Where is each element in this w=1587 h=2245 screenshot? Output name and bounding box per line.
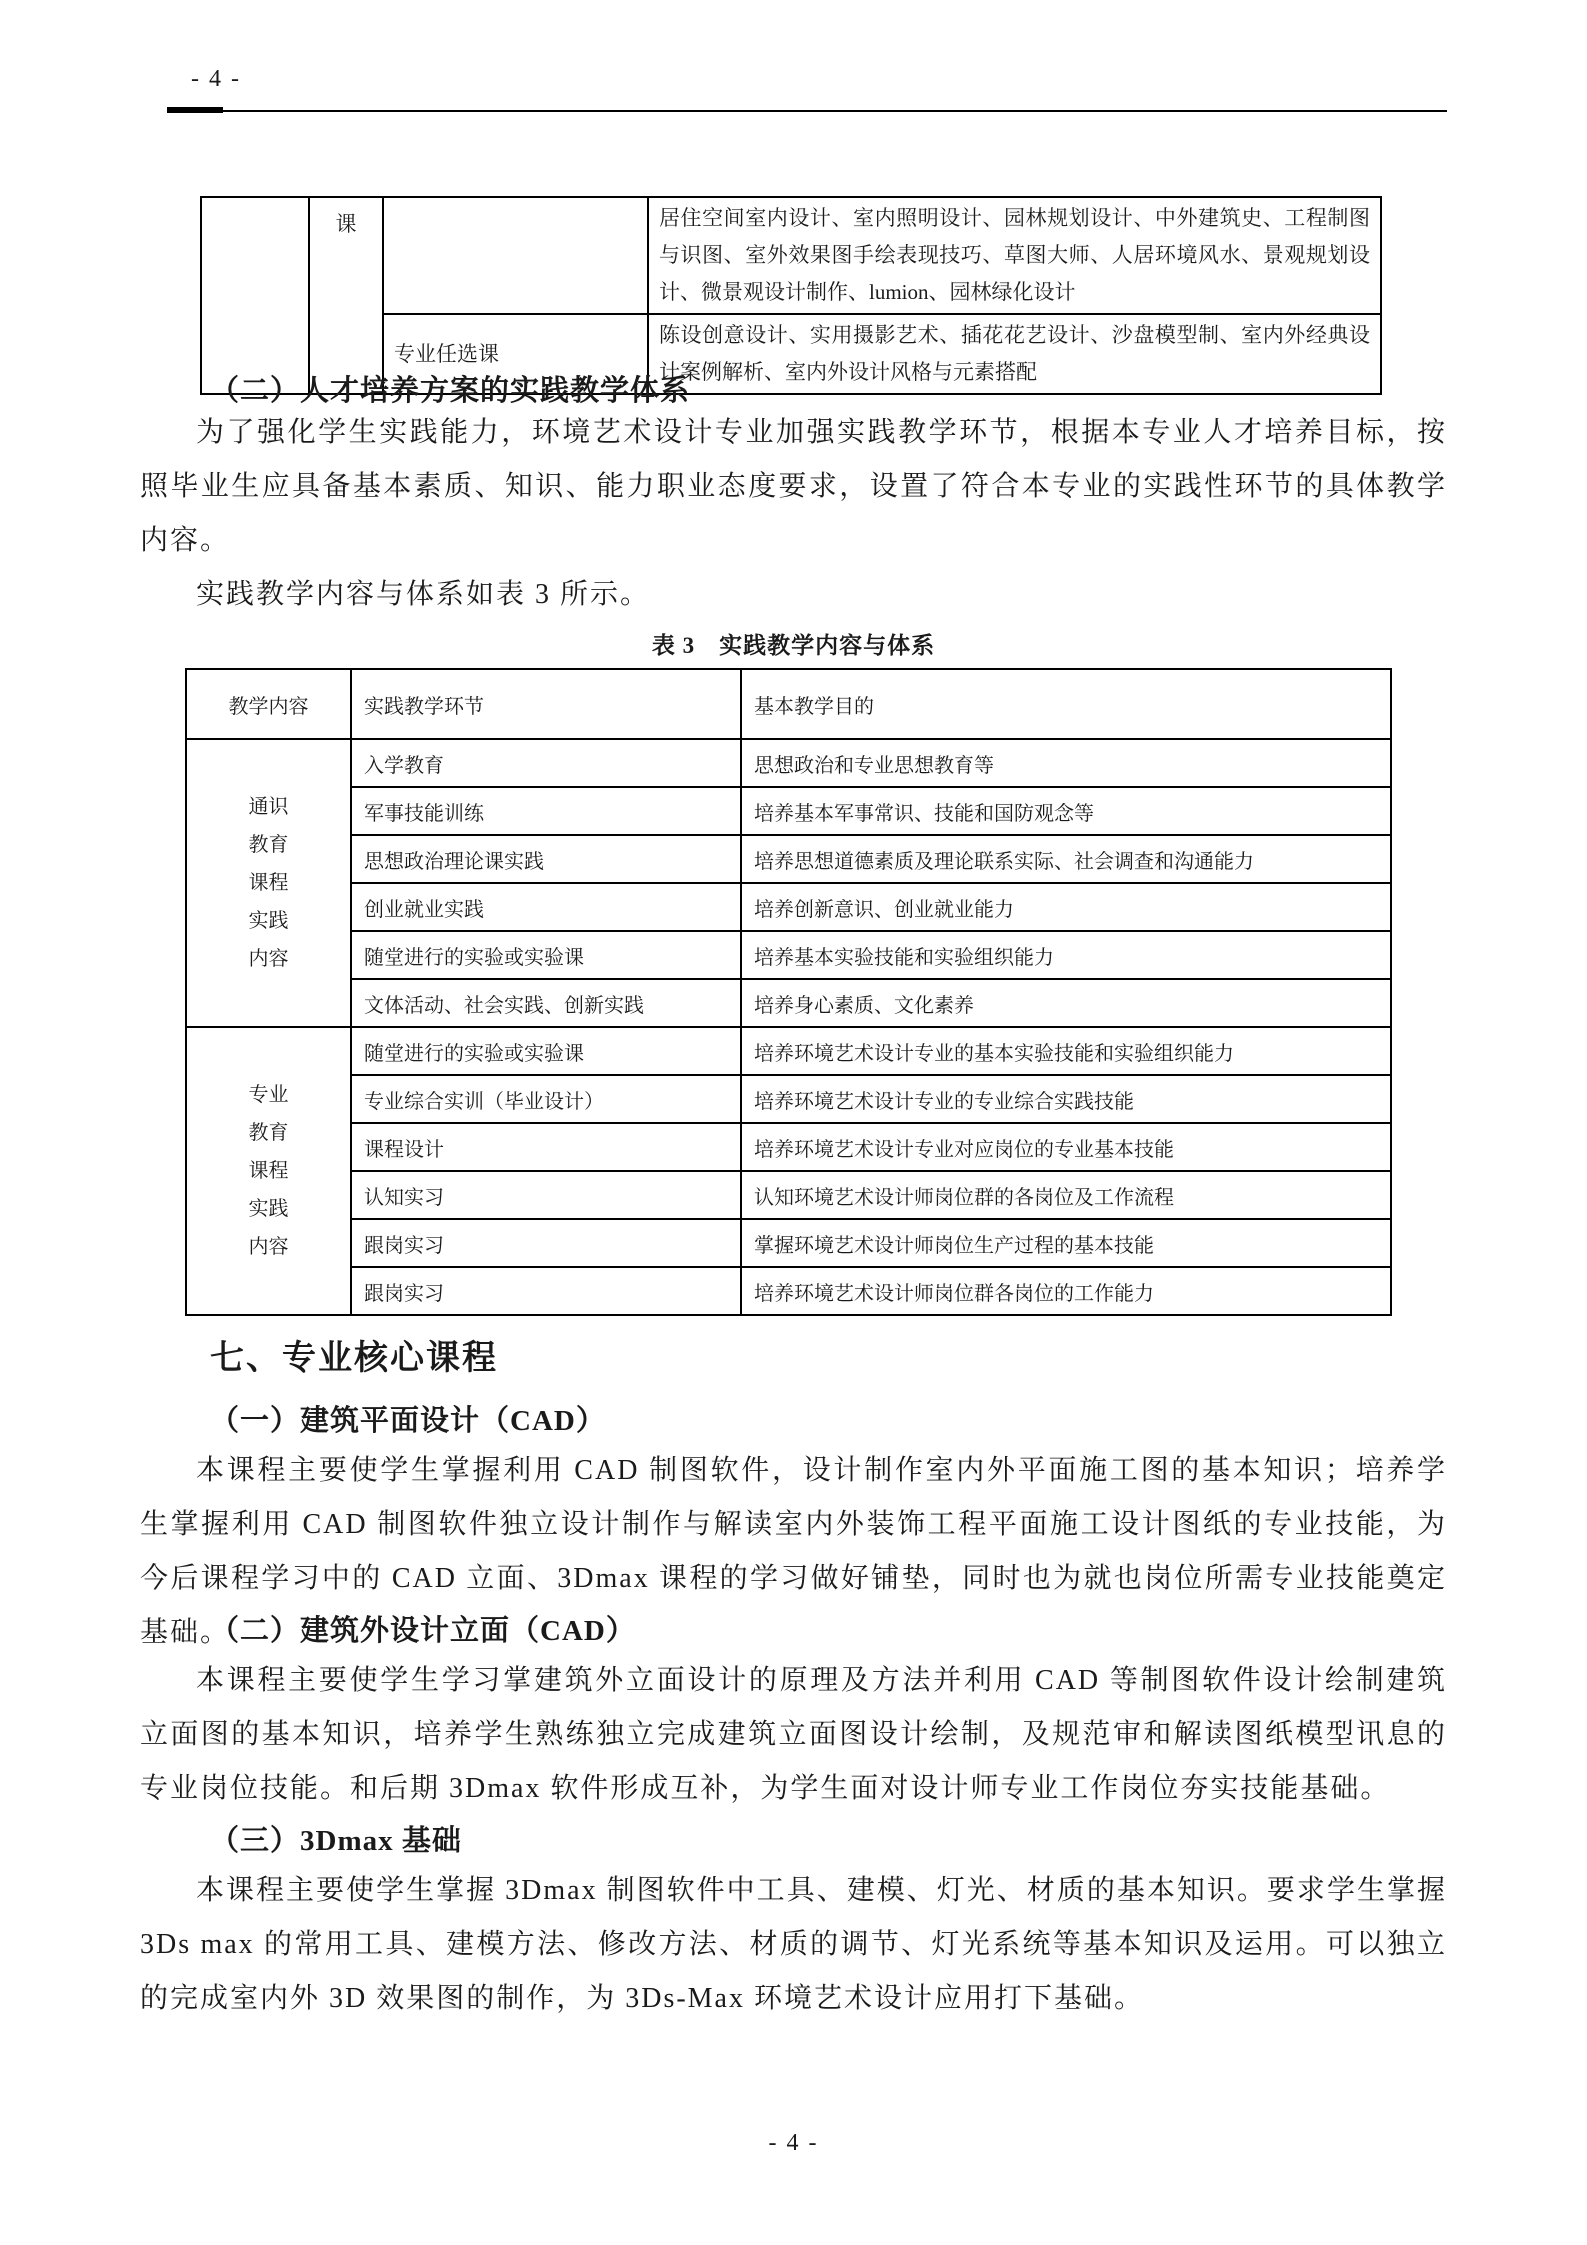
step-cell: 认知实习 <box>351 1171 741 1219</box>
step-cell: 思想政治理论课实践 <box>351 835 741 883</box>
table-caption: 表 3 实践教学内容与体系 <box>140 627 1447 660</box>
header-cell-goal: 基本教学目的 <box>741 669 1391 739</box>
step-cell: 入学教育 <box>351 739 741 787</box>
section-heading-practice-system: （二）人才培养方案的实践教学体系 <box>210 368 690 409</box>
goal-cell: 培养基本实验技能和实验组织能力 <box>741 931 1391 979</box>
goal-cell: 培养环境艺术设计专业对应岗位的专业基本技能 <box>741 1123 1391 1171</box>
step-cell: 跟岗实习 <box>351 1267 741 1315</box>
course-title: （一）建筑平面设计（CAD） <box>210 1398 606 1439</box>
table-intro-sentence: 实践教学内容与体系如表 3 所示。 <box>140 572 1447 612</box>
table-row: 文体活动、社会实践、创新实践 培养身心素质、文化素养 <box>186 979 1391 1027</box>
empty-merged-cell <box>201 197 309 394</box>
group-label-professional: 专业教育课程实践内容 <box>186 1027 351 1315</box>
table-row: 军事技能训练 培养基本军事常识、技能和国防观念等 <box>186 787 1391 835</box>
course-title: （二）建筑外设计立面（CAD） <box>210 1608 636 1649</box>
step-cell: 文体活动、社会实践、创新实践 <box>351 979 741 1027</box>
practice-teaching-table: 教学内容 实践教学环节 基本教学目的 通识教育课程实践内容 入学教育 思想政治和… <box>185 668 1392 1316</box>
goal-cell: 培养基本军事常识、技能和国防观念等 <box>741 787 1391 835</box>
table-row: 通识教育课程实践内容 入学教育 思想政治和专业思想教育等 <box>186 739 1391 787</box>
document-page: - 4 - 课 居住空间室内设计、室内照明设计、园林规划设计、中外建筑史、工程制… <box>0 0 1587 2245</box>
step-cell: 专业综合实训（毕业设计） <box>351 1075 741 1123</box>
goal-cell: 培养身心素质、文化素养 <box>741 979 1391 1027</box>
course-list-cell: 居住空间室内设计、室内照明设计、园林规划设计、中外建筑史、工程制图与识图、室外效… <box>648 197 1381 314</box>
course-title: （三）3Dmax 基础 <box>210 1818 462 1859</box>
table-row: 专业教育课程实践内容 随堂进行的实验或实验课 培养环境艺术设计专业的基本实验技能… <box>186 1027 1391 1075</box>
table-row: 课程设计 培养环境艺术设计专业对应岗位的专业基本技能 <box>186 1123 1391 1171</box>
goal-cell: 培养创新意识、创业就业能力 <box>741 883 1391 931</box>
table-header-row: 教学内容 实践教学环节 基本教学目的 <box>186 669 1391 739</box>
header-rule <box>167 110 1447 112</box>
step-cell: 军事技能训练 <box>351 787 741 835</box>
step-cell: 随堂进行的实验或实验课 <box>351 931 741 979</box>
table-row: 随堂进行的实验或实验课 培养基本实验技能和实验组织能力 <box>186 931 1391 979</box>
goal-cell: 掌握环境艺术设计师岗位生产过程的基本技能 <box>741 1219 1391 1267</box>
goal-cell: 认知环境艺术设计师岗位群的各岗位及工作流程 <box>741 1171 1391 1219</box>
course-group-side-label: 课 <box>309 197 383 394</box>
goal-cell: 培养思想道德素质及理论联系实际、社会调查和沟通能力 <box>741 835 1391 883</box>
table-row: 创业就业实践 培养创新意识、创业就业能力 <box>186 883 1391 931</box>
course-type-cell <box>383 197 648 314</box>
footer-page-number: - 4 - <box>0 2130 1587 2157</box>
table-row: 跟岗实习 掌握环境艺术设计师岗位生产过程的基本技能 <box>186 1219 1391 1267</box>
goal-cell: 培养环境艺术设计专业的基本实验技能和实验组织能力 <box>741 1027 1391 1075</box>
step-cell: 课程设计 <box>351 1123 741 1171</box>
body-paragraph: 为了强化学生实践能力，环境艺术设计专业加强实践教学环节，根据本专业人才培养目标，… <box>140 406 1447 568</box>
course-description: 本课程主要使学生学习掌建筑外立面设计的原理及方法并利用 CAD 等制图软件设计绘… <box>140 1654 1447 1816</box>
goal-cell: 培养环境艺术设计师岗位群各岗位的工作能力 <box>741 1267 1391 1315</box>
course-description: 本课程主要使学生掌握 3Dmax 制图软件中工具、建模、灯光、材质的基本知识。要… <box>140 1864 1447 2026</box>
step-cell: 跟岗实习 <box>351 1219 741 1267</box>
section-heading-core-courses: 七、专业核心课程 <box>210 1330 498 1379</box>
step-cell: 创业就业实践 <box>351 883 741 931</box>
table-row: 专业综合实训（毕业设计） 培养环境艺术设计专业的专业综合实践技能 <box>186 1075 1391 1123</box>
header-cell-content: 教学内容 <box>186 669 351 739</box>
header-cell-step: 实践教学环节 <box>351 669 741 739</box>
goal-cell: 思想政治和专业思想教育等 <box>741 739 1391 787</box>
group-label-general: 通识教育课程实践内容 <box>186 739 351 1027</box>
table-row: 思想政治理论课实践 培养思想道德素质及理论联系实际、社会调查和沟通能力 <box>186 835 1391 883</box>
table-row: 跟岗实习 培养环境艺术设计师岗位群各岗位的工作能力 <box>186 1267 1391 1315</box>
goal-cell: 培养环境艺术设计专业的专业综合实践技能 <box>741 1075 1391 1123</box>
table-row: 课 居住空间室内设计、室内照明设计、园林规划设计、中外建筑史、工程制图与识图、室… <box>201 197 1381 314</box>
course-list-cell: 陈设创意设计、实用摄影艺术、插花花艺设计、沙盘模型制、室内外经典设计案例解析、室… <box>648 314 1381 394</box>
header-page-number: - 4 - <box>191 66 241 93</box>
step-cell: 随堂进行的实验或实验课 <box>351 1027 741 1075</box>
header-rule-thick-segment <box>167 107 223 113</box>
course-continuation-table: 课 居住空间室内设计、室内照明设计、园林规划设计、中外建筑史、工程制图与识图、室… <box>200 196 1382 395</box>
table-row: 认知实习 认知环境艺术设计师岗位群的各岗位及工作流程 <box>186 1171 1391 1219</box>
